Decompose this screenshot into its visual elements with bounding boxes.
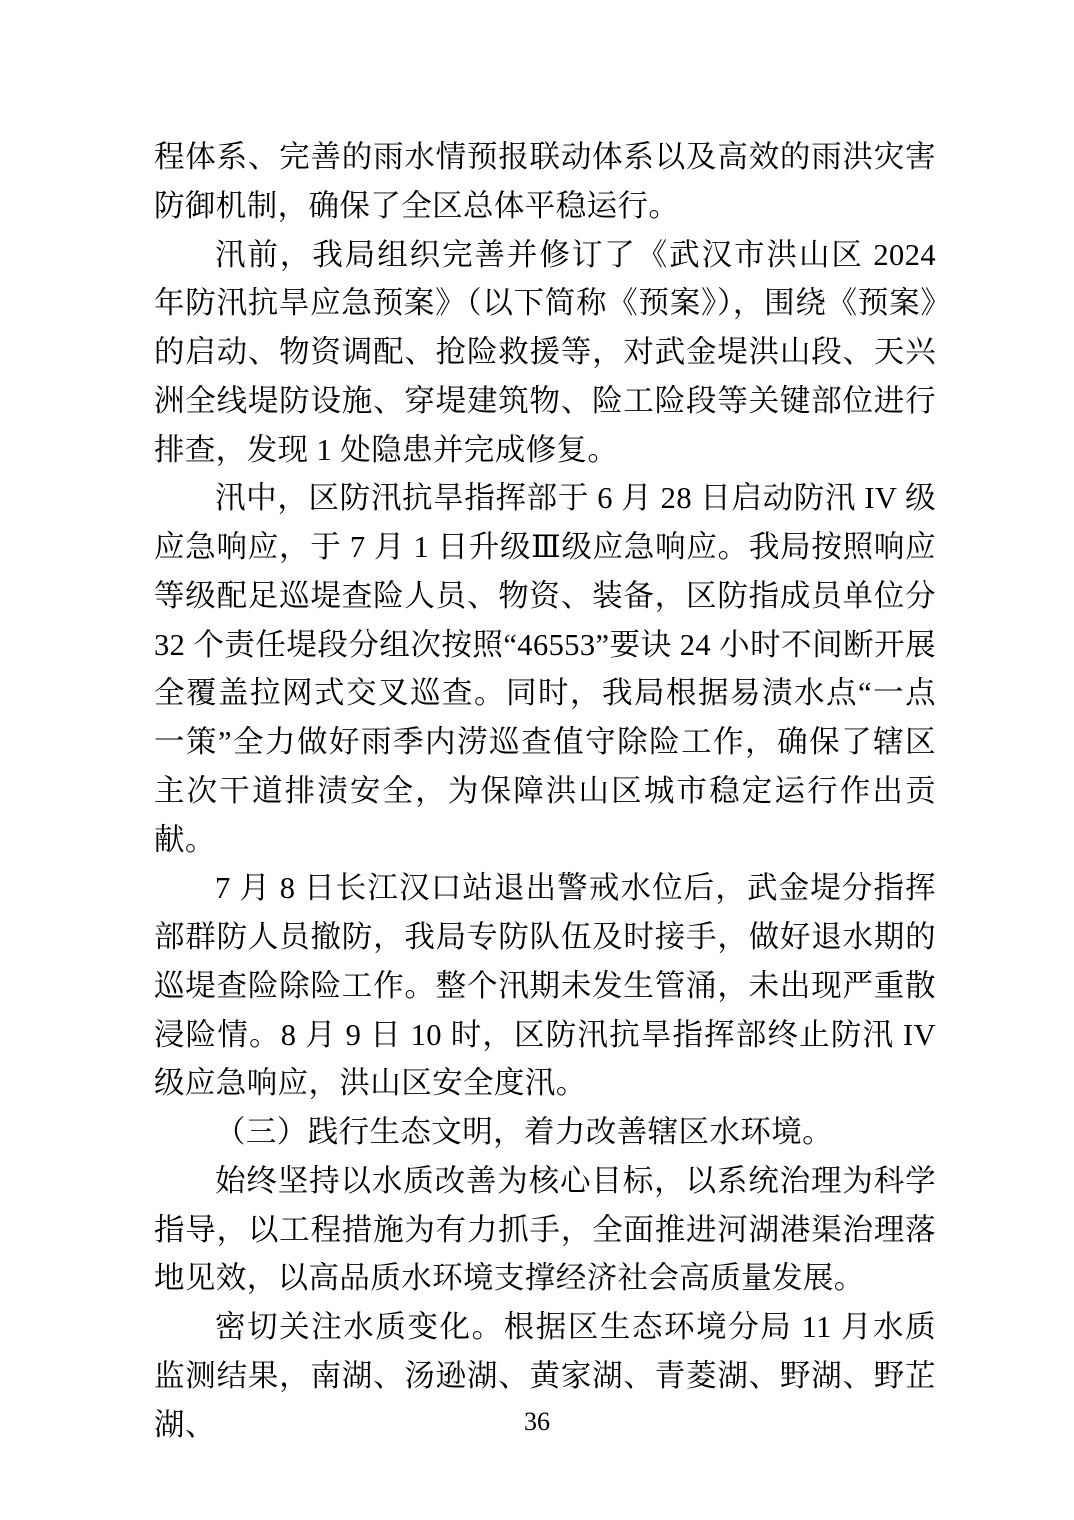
paragraph-during-flood: 汛中，区防汛抗旱指挥部于 6 月 28 日启动防汛 IV 级应急响应，于 7 月… bbox=[154, 474, 936, 864]
document-page: 程体系、完善的雨水情预报联动体系以及高效的雨洪灾害防御机制，确保了全区总体平稳运… bbox=[0, 0, 1074, 1520]
paragraph-water-quality-goal: 始终坚持以水质改善为核心目标，以系统治理为科学指导，以工程措施为有力抓手，全面推… bbox=[154, 1157, 936, 1303]
paragraph-post-flood: 7 月 8 日长江汉口站退出警戒水位后，武金堤分指挥部群防人员撤防，我局专防队伍… bbox=[154, 864, 936, 1108]
text-body: 程体系、完善的雨水情预报联动体系以及高效的雨洪灾害防御机制，确保了全区总体平稳运… bbox=[154, 133, 936, 1449]
paragraph-continuation: 程体系、完善的雨水情预报联动体系以及高效的雨洪灾害防御机制，确保了全区总体平稳运… bbox=[154, 133, 936, 231]
section-heading-three: （三）践行生态文明，着力改善辖区水环境。 bbox=[154, 1108, 936, 1157]
page-number: 36 bbox=[0, 1406, 1074, 1438]
paragraph-pre-flood: 汛前，我局组织完善并修订了《武汉市洪山区 2024 年防汛抗旱应急预案》（以下简… bbox=[154, 231, 936, 475]
